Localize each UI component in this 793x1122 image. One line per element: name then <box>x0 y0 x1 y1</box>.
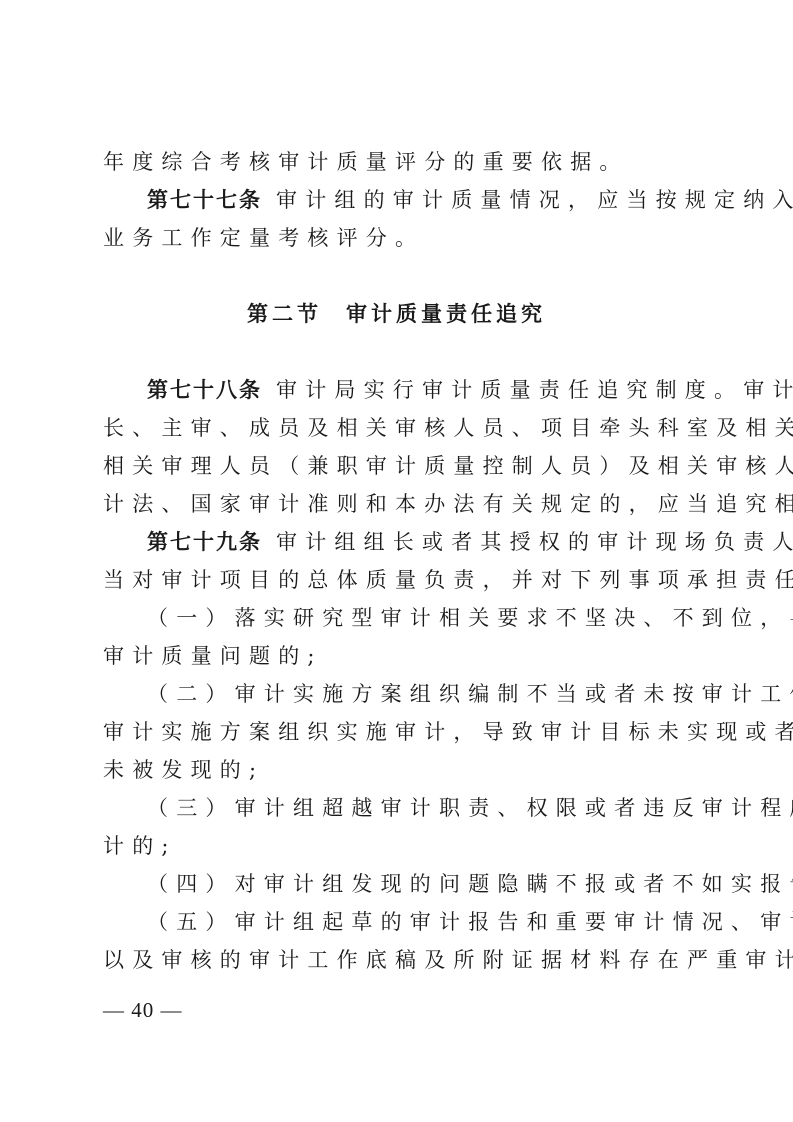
paragraph-line: 审计质量问题的; <box>103 637 703 675</box>
list-item: （三）审计组超越审计职责、权限或者违反审计程序实施审 <box>103 789 703 827</box>
section-number: 第二节 <box>247 302 322 326</box>
paragraph-line: 审计实施方案组织实施审计，导致审计目标未实现或者重要问题 <box>103 713 703 751</box>
document-page: 年度综合考核审计质量评分的重要依据。 第七十七条审计组的审计质量情况，应当按规定… <box>103 143 703 979</box>
article-text: 审计组的审计质量情况，应当按规定纳入审计 <box>276 188 793 212</box>
article-text: 审计局实行审计质量责任追究制度。审计组组 <box>276 378 793 402</box>
list-item: （五）审计组起草的审计报告和重要审计情况、审计简报等 <box>103 903 703 941</box>
article-78: 第七十八条审计局实行审计质量责任追究制度。审计组组 <box>103 371 703 409</box>
page-number: — 40 — <box>103 998 183 1023</box>
paragraph-line: 相关审理人员（兼职审计质量控制人员）及相关审核人员违反审 <box>103 447 703 485</box>
list-item: （二）审计实施方案组织编制不当或者未按审计工作方案、 <box>103 675 703 713</box>
article-label: 第七十八条 <box>147 378 262 402</box>
paragraph-line: 当对审计项目的总体质量负责，并对下列事项承担责任: <box>103 561 703 599</box>
section-heading: 第二节审计质量责任追究 <box>103 295 690 333</box>
article-label: 第七十九条 <box>147 530 262 554</box>
paragraph-line: 以及审核的审计工作底稿及所附证据材料存在严重审计质量问题 <box>103 941 703 979</box>
paragraph-line: 计的; <box>103 827 703 865</box>
article-text: 审计组组长或者其授权的审计现场负责人应 <box>276 530 793 554</box>
article-77: 第七十七条审计组的审计质量情况，应当按规定纳入审计 <box>103 181 703 219</box>
article-79: 第七十九条审计组组长或者其授权的审计现场负责人应 <box>103 523 703 561</box>
list-item: （四）对审计组发现的问题隐瞒不报或者不如实报告的; <box>103 865 703 903</box>
paragraph-line: 业务工作定量考核评分。 <box>103 219 703 257</box>
paragraph-line: 未被发现的; <box>103 751 703 789</box>
list-item: （一）落实研究型审计相关要求不坚决、不到位，导致严重 <box>103 599 703 637</box>
article-label: 第七十七条 <box>147 188 262 212</box>
section-title: 审计质量责任追究 <box>346 302 546 326</box>
paragraph-line: 计法、国家审计准则和本办法有关规定的，应当追究相应责任。 <box>103 485 703 523</box>
paragraph-line: 年度综合考核审计质量评分的重要依据。 <box>103 143 703 181</box>
paragraph-line: 长、主审、成员及相关审核人员、项目牵头科室及相关复核人员、 <box>103 409 703 447</box>
